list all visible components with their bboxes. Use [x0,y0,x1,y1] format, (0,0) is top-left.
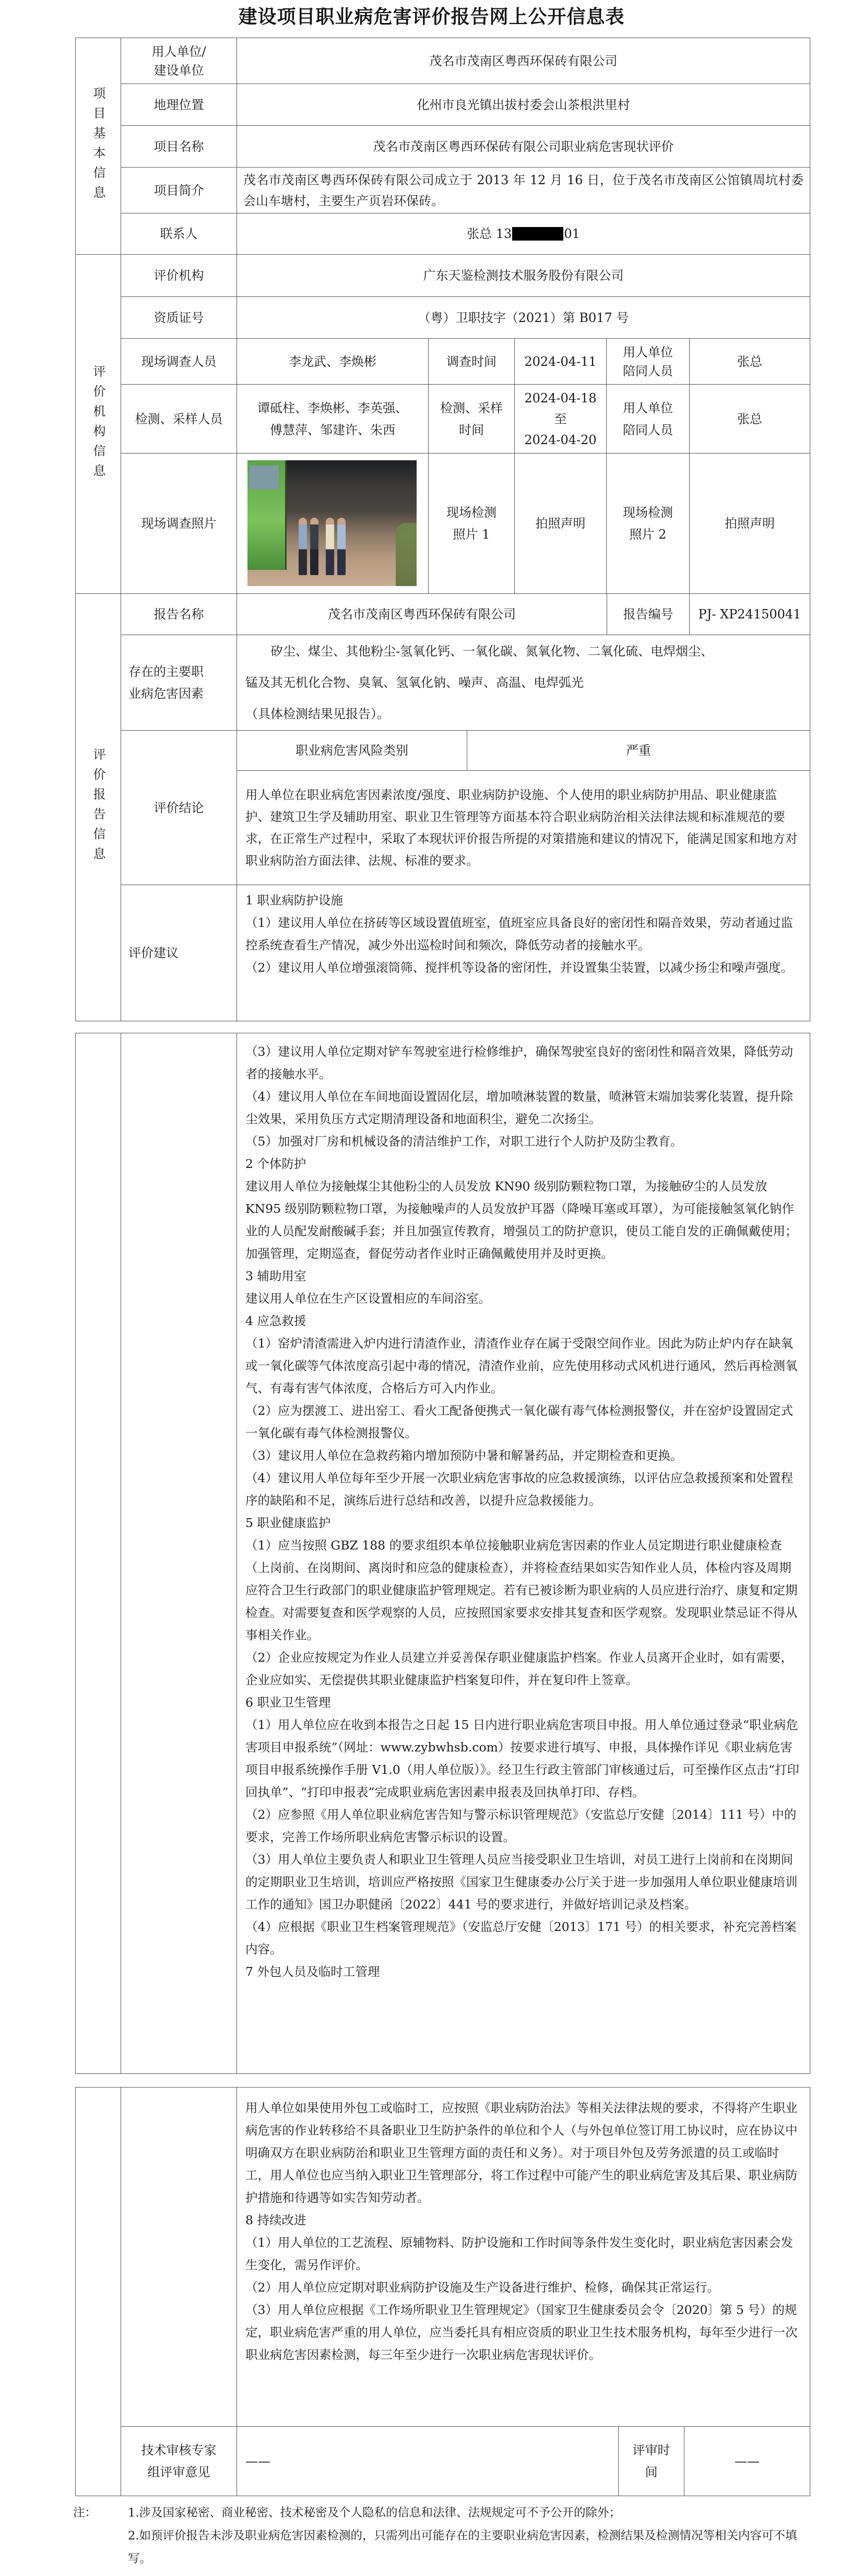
review-time-value: —— [684,2426,810,2496]
sampling-staff-line1: 谭砥柱、李焕彬、李英强、 [257,397,408,419]
suggestion-text-part1: 1 职业病防护设施 （1）建议用人单位在挤砖等区域设置值班室，值班室应具备良好的… [237,885,810,1021]
section-label-basic: 项目基本信息 [75,38,121,255]
photo1-label-line1: 现场检测 [446,502,496,523]
suggestion-item: （4）建议用人单位每年至少开展一次职业病危害事故的应急救援演练，以评估应急救援预… [245,1467,801,1512]
suggestion-item: （1）用人单位的工艺流程、原辅物料、防护设施和工作时间等条件发生变化时，职业病危… [245,2232,801,2276]
survey-time-label: 调查时间 [428,338,515,385]
continuation-section-col-2 [75,2087,121,2496]
survey-escort-label: 用人单位 陪同人员 [606,338,690,385]
hazards-value: 矽尘、煤尘、其他粉尘-氢氧化钙、一氧化碳、氮氧化物、二氧化硫、电焊烟尘、 锰及其… [237,635,810,731]
employer-label-line1: 用人单位/ [151,42,206,61]
suggestion-item: （3）建议用人单位在急救药箱内增加预防中暑和解暑药品，并定期检查和更换。 [245,1445,801,1467]
employer-value: 茂名市茂南区粤西环保砖有限公司 [237,38,810,84]
sampling-time-label: 检测、采样 时间 [428,384,515,454]
intro-value: 茂名市茂南区粤西环保砖有限公司成立于 2013 年 12 月 16 日，位于茂名… [237,167,810,213]
suggestion-item: （1）窑炉清渣需进入炉内进行清渣作业，清渣作业存在属于受限空间作业。因此为防止炉… [245,1332,801,1400]
suggestion-item: （3）用人单位主要负责人和职业卫生管理人员应当接受职业卫生培训，对员工进行上岗前… [245,1848,801,1916]
redaction-block [512,227,563,241]
contact-suffix: 01 [564,224,580,243]
survey-staff-label: 现场调查人员 [121,338,237,385]
suggestion-item: 建议用人单位在生产区设置相应的车间浴室。 [245,1287,801,1310]
conclusion-text: 用人单位在职业病危害因素浓度/强度、职业病防护设施、个人使用的职业病防护用品、职… [237,770,810,885]
photo1-label-line2: 照片 1 [453,523,490,545]
section-org-label-text: 评价机构信息 [89,365,108,484]
org-label: 评价机构 [121,254,237,297]
sampling-time-value: 2024-04-18 至 2024-04-20 [514,384,607,454]
report-no-label: 报告编号 [607,593,690,635]
sampling-time-to: 至 [554,409,567,430]
sampling-staff-value: 谭砥柱、李焕彬、李英强、 傅慧萍、邹建许、朱西 [237,384,429,454]
suggestion-item: （5）加强对厂房和机械设备的清洁维护工作，对职工进行个人防护及防尘教育。 [245,1130,801,1153]
photo1-value: 拍照声明 [514,453,607,594]
suggestion-item: （1）建议用人单位在挤砖等区域设置值班室，值班室应具备良好的密闭性和隔音效果，劳… [245,912,801,957]
note-item: 1.涉及国家秘密、商业秘密、技术秘密及个人隐私的信息和法律、法规规定可不予公开的… [128,2501,812,2524]
survey-time-value: 2024-04-11 [514,338,607,385]
suggestion-item: （2）应为摆渡工、进出窑工、看火工配备便携式一氧化碳有毒气体检测报警仪，并在窑炉… [245,1400,801,1445]
photo-green-truck [247,460,287,570]
page-title: 建设项目职业病危害评价报告网上公开信息表 [0,4,863,30]
suggestion-item: 1 职业病防护设施 [245,889,801,912]
suggestion-item: （2）应参照《用人单位职业病危害告知与警示标识管理规范》（安监总厅安健〔2014… [245,1804,801,1848]
suggestion-heading: 6 职业卫生管理 [245,1691,801,1714]
hazards-label: 存在的主要职 业病危害因素 [121,635,237,731]
cert-label: 资质证号 [121,296,237,339]
suggestion-item: 用人单位如果使用外包工或临时工，应按照《职业病防治法》等相关法律法规的要求，不得… [245,2097,801,2209]
photo2-label-line1: 现场检测 [623,502,673,523]
photo2-value: 拍照声明 [689,453,810,594]
escort-label-line2: 陪同人员 [623,419,673,441]
contact-value: 张总 1301 [237,213,810,255]
photo-person [337,518,346,575]
section-label-report: 评价报告信息 [75,593,121,1021]
contact-label: 联系人 [121,213,237,255]
photo-label: 现场调查照片 [121,453,237,594]
suggestion-text-part2: （3）建议用人单位定期对铲车驾驶室进行检修维护，确保驾驶室良好的密闭性和隔音效果… [237,1033,810,2074]
sampling-escort-value: 张总 [689,384,810,454]
employer-label-cell: 用人单位/ 建设单位 [121,38,237,84]
section-label-org: 评价机构信息 [75,254,121,594]
note-item: 2.如预评价报告未涉及职业病危害因素检测的，只需列出可能存在的主要职业病危害因素… [128,2524,812,2570]
suggestion-heading: 5 职业健康监护 [245,1512,801,1534]
hazards-line2: 锰及其无机化合物、臭氧、氢氧化钠、噪声、高温、电焊弧光 [245,667,584,698]
photo-person [310,518,318,575]
photo-person [299,518,307,575]
cert-value: （粤）卫职技字（2021）第 B017 号 [237,296,810,339]
suggestion-item: （1）用人单位应在收到本报告之日起 15 日内进行职业病危害项目申报。用人单位通… [245,1714,801,1804]
photo-truck-window [250,466,279,490]
expert-review-value: —— [237,2426,619,2496]
hazards-label-line2: 业病危害因素 [128,683,204,705]
suggestion-heading: 4 应急救援 [245,1310,801,1332]
intro-label: 项目简介 [121,167,237,213]
sampling-escort-label: 用人单位 陪同人员 [606,384,690,454]
hazards-line3: （具体检测结果见报告）。 [245,698,389,730]
notes-prefix: 注： [73,2501,104,2524]
sampling-time-start: 2024-04-18 [524,388,596,409]
photo2-label-line2: 照片 2 [630,523,667,545]
report-name-value: 茂名市茂南区粤西环保砖有限公司 [237,593,607,635]
suggestion-heading: 2 个体防护 [245,1153,801,1175]
suggestion-item: （2）用人单位应定期对职业病防护设施及生产设备进行维护、检修，确保其正常运行。 [245,2276,801,2299]
suggestion-text-part3: 用人单位如果使用外包工或临时工，应按照《职业病防治法》等相关法律法规的要求，不得… [237,2087,810,2427]
risk-category-label: 职业病危害风险类别 [237,730,467,771]
survey-escort-value: 张总 [689,338,810,385]
suggestion-item: （1）应当按照 GBZ 188 的要求组织本单位接触职业病危害因素的作业人员定期… [245,1534,801,1647]
expert-label-line1: 技术审核专家 [141,2439,217,2461]
expert-label-line2: 组评审意见 [148,2461,210,2483]
suggestion-heading: 7 外包人员及临时工管理 [245,1961,801,1983]
sampling-staff-label: 检测、采样人员 [121,384,237,454]
location-label: 地理位置 [121,84,237,126]
continuation-section-col [75,1033,121,2074]
sampling-time-label-line1: 检测、采样 [440,397,503,419]
suggestion-item: （3）用人单位应根据《工作场所职业卫生管理规定》（国家卫生健康委员会令〔2020… [245,2299,801,2366]
photo-vegetation [396,523,417,586]
contact-prefix: 张总 13 [467,224,512,243]
suggestion-item: 建议用人单位为接触煤尘其他粉尘的人员发放 KN90 级别防颗粒物口罩，为接触矽尘… [245,1175,801,1265]
location-value: 化州市良光镇出拔村委会山茶根洪里村 [237,84,810,126]
escort-label-line2: 陪同人员 [623,362,673,380]
notes-list: 1.涉及国家秘密、商业秘密、技术秘密及个人隐私的信息和法律、法规规定可不予公开的… [128,2501,812,2570]
section-report-label-text: 评价报告信息 [89,748,108,867]
suggestion-heading: 8 持续改进 [245,2209,801,2232]
sampling-staff-line2: 傅慧萍、邹建许、朱西 [270,419,395,441]
org-value: 广东天鉴检测技术服务股份有限公司 [237,254,810,297]
suggestion-label: 评价建议 [121,885,237,1021]
photo-person [326,518,334,575]
escort-label-line1: 用人单位 [623,343,673,362]
section-basic-label-text: 项目基本信息 [89,87,108,206]
suggestion-item: （4）建议用人单位在车间地面设置固化层，增加喷淋装置的数量，喷淋管末端加装雾化装… [245,1086,801,1130]
employer-label-line2: 建设单位 [154,61,204,80]
suggestion-item: （2）建议用人单位增强滚筒筛、搅拌机等设备的密闭性，并设置集尘装置，以减少扬尘和… [245,957,801,979]
site-survey-photo [247,460,417,586]
report-no-value: PJ- XP24150041 [689,593,810,635]
sampling-time-label-line2: 时间 [459,419,484,441]
risk-category-value: 严重 [467,730,810,771]
hazards-line1: 矽尘、煤尘、其他粉尘-氢氧化钙、一氧化碳、氮氧化物、二氧化硫、电焊烟尘、 [245,636,713,667]
suggestion-item: （3）建议用人单位定期对铲车驾驶室进行检修维护，确保驾驶室良好的密闭性和隔音效果… [245,1041,801,1086]
project-name-label: 项目名称 [121,125,237,168]
review-time-label: 评审时 间 [618,2426,684,2496]
project-name-value: 茂名市茂南区粤西环保砖有限公司职业病危害现状评价 [237,125,810,168]
sampling-time-end: 2024-04-20 [524,430,596,450]
escort-label-line1: 用人单位 [623,397,673,419]
continuation-label-col [121,1033,237,2074]
report-name-label: 报告名称 [121,593,237,635]
hazards-label-line1: 存在的主要职 [128,661,204,683]
review-time-label-line1: 评审时 [633,2439,670,2461]
continuation-label-col-2 [121,2087,237,2427]
suggestion-item: （2）企业应按规定为作业人员建立并妥善保存职业健康监护档案。作业人员离开企业时，… [245,1647,801,1691]
survey-staff-value: 李龙武、李焕彬 [237,338,429,385]
expert-review-label: 技术审核专家 组评审意见 [121,2426,237,2496]
suggestion-item: （4）应根据《职业卫生档案管理规范》（安监总厅安健〔2013〕171 号）的相关… [245,1916,801,1961]
photo2-label: 现场检测 照片 2 [606,453,690,594]
photo-shed-roof [285,460,417,485]
conclusion-label: 评价结论 [121,730,237,885]
review-time-label-line2: 间 [645,2461,658,2483]
photo1-label: 现场检测 照片 1 [428,453,515,594]
suggestion-heading: 3 辅助用室 [245,1265,801,1287]
